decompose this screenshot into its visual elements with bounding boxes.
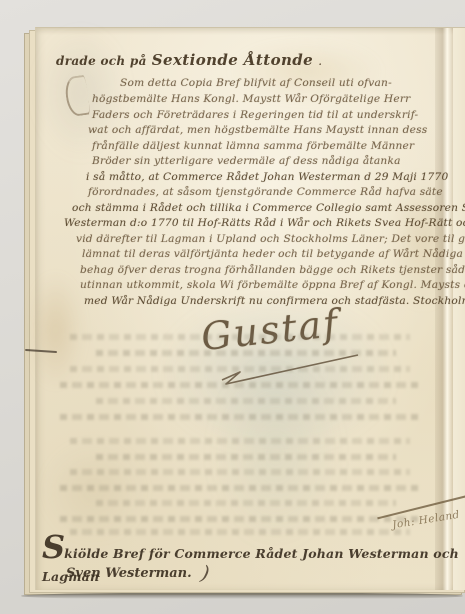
ink-bleed-line xyxy=(70,366,410,372)
footer-line2-text: Sven Westerman. xyxy=(66,566,192,581)
ink-bleed-line xyxy=(60,516,418,522)
footer-flourish: ) xyxy=(199,560,212,585)
ink-bleed-line xyxy=(96,350,396,356)
photo-background: drade och på Sextionde Åttonde . Som det… xyxy=(0,0,465,614)
footer-caption-line2: Sven Westerman.) xyxy=(66,558,209,582)
page-edge xyxy=(453,28,465,590)
page-heading: drade och på Sextionde Åttonde . xyxy=(56,50,322,69)
ink-bleed-line xyxy=(96,398,396,404)
body-line: utinnan utkommit, skola Wi förbemälte öp… xyxy=(80,280,465,291)
body-line: behag öfver deras trogna förhållanden bä… xyxy=(80,265,465,276)
opening-flourish xyxy=(63,75,90,118)
manuscript-page: drade och på Sextionde Åttonde . Som det… xyxy=(35,27,465,590)
body-line: lämnat til deras välförtjänta heder och … xyxy=(82,249,465,260)
heading-prefix: drade och på xyxy=(56,54,147,68)
body-line: frånfälle däljest kunnat lämna samma för… xyxy=(92,141,414,152)
ink-bleed-line xyxy=(70,334,410,340)
body-line: vid därefter til Lagman i Upland och Sto… xyxy=(76,234,465,245)
body-line: och stämma i Rådet och tillika i Commerc… xyxy=(72,203,465,214)
footer-initial: S xyxy=(42,528,64,566)
ink-bleed-line xyxy=(96,454,396,460)
body-line: förordnades, at såsom tjenstgörande Comm… xyxy=(88,187,443,198)
book-shadow xyxy=(21,593,463,599)
ink-bleed-line xyxy=(96,500,396,506)
page-fold-edge xyxy=(435,28,453,590)
ink-bleed-line xyxy=(60,485,418,491)
body-line: högstbemälte Hans Kongl. Maystt Wår Oför… xyxy=(92,94,410,105)
body-line: Faders och Företrädares i Regeringen tid… xyxy=(92,110,418,121)
ink-bleed-line xyxy=(60,414,418,420)
heading-main: Sextionde Åttonde xyxy=(152,51,313,69)
body-line: i så måtto, at Commerce Rådet Johan West… xyxy=(86,172,448,183)
body-line: wat och affärdat, men högstbemälte Hans … xyxy=(88,125,427,136)
ink-bleed-line xyxy=(70,438,410,444)
body-line: Bröder sin ytterligare vedermäle af dess… xyxy=(92,156,401,167)
heading-suffix: . xyxy=(318,54,322,68)
body-line: med Wår Nådiga Underskrift nu confirmera… xyxy=(84,296,465,307)
body-line: Westerman d:o 1770 til Hof-Rätts Råd i W… xyxy=(64,218,465,229)
ink-bleed-line xyxy=(60,382,418,388)
ink-bleed-line xyxy=(70,469,410,475)
body-line: Som detta Copia Bref blifvit af Conseil … xyxy=(120,78,392,89)
